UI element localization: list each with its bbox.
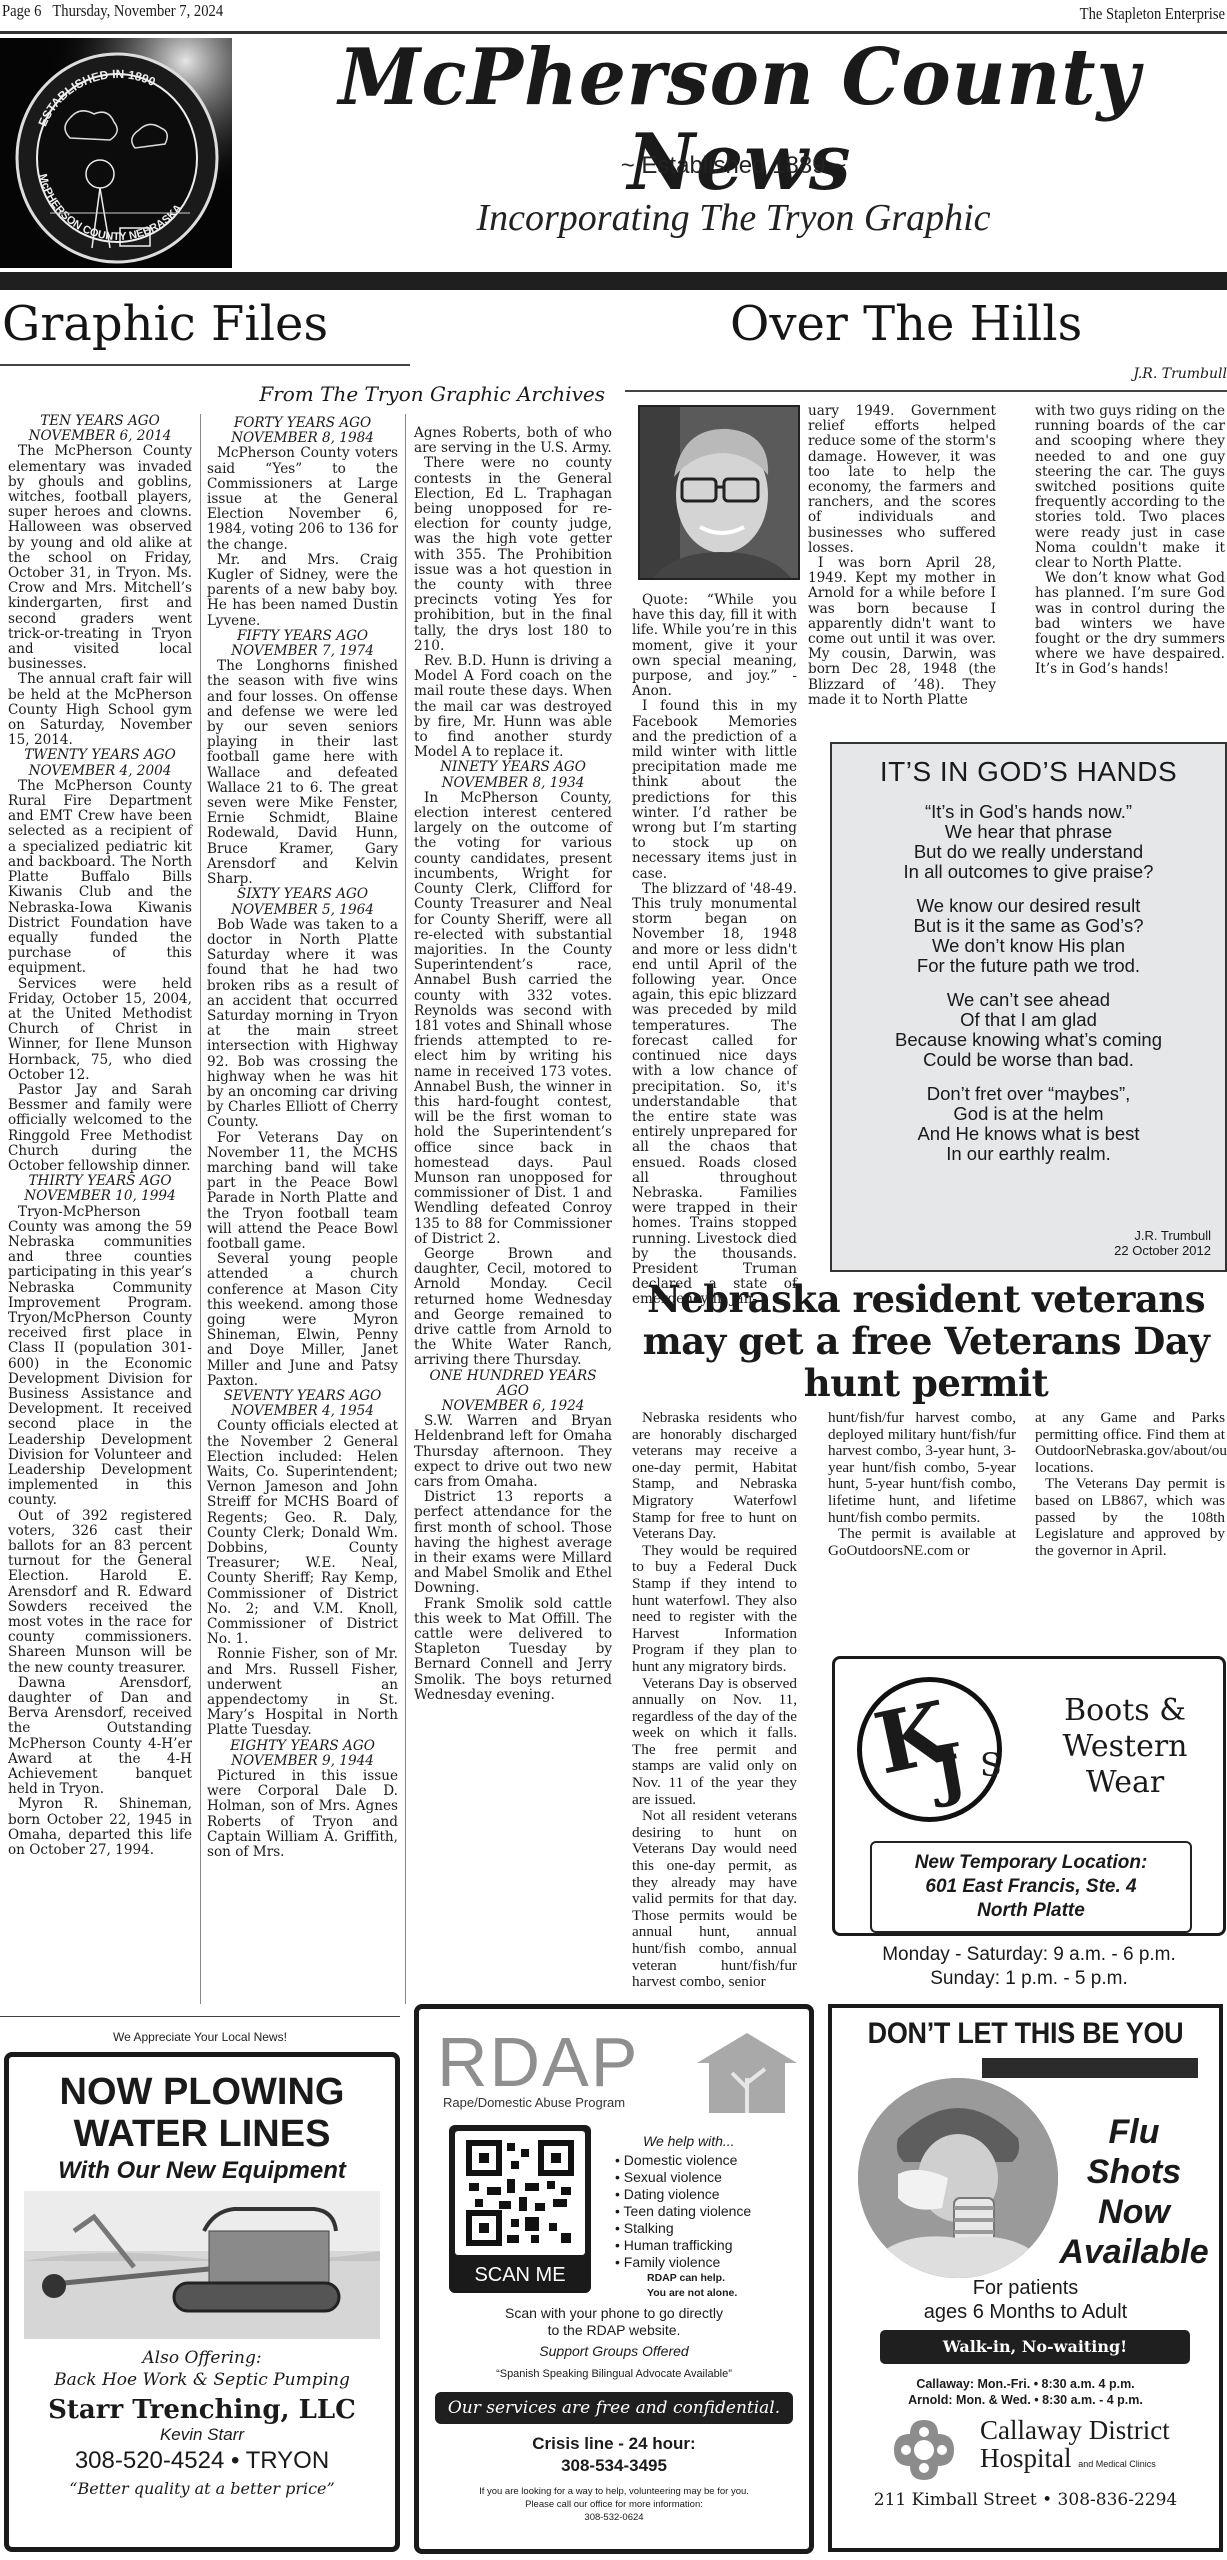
- hospital-logo-icon: [892, 2418, 956, 2482]
- graphic-files-col-2: FORTY YEARS AGONOVEMBER 8, 1984McPherson…: [207, 416, 398, 1860]
- poem-line: We don’t know His plan: [832, 936, 1225, 956]
- paragraph: Veterans Day is observed annually on Nov…: [632, 1676, 797, 1809]
- flu-headline: DON’T LET THIS BE YOU: [832, 2016, 1219, 2050]
- poem-signature: J.R. Trumbull 22 October 2012: [1114, 1228, 1211, 1258]
- over-the-hills-col-2: uary 1949. Government relief efforts hel…: [808, 404, 996, 708]
- name-line: Boots &: [1035, 1693, 1215, 1729]
- big-line: Flu: [1046, 2112, 1222, 2152]
- era-heading: NOVEMBER 4, 2004: [8, 764, 192, 779]
- paragraph: uary 1949. Government relief efforts hel…: [808, 404, 996, 556]
- poem-line: Of that I am glad: [832, 1010, 1225, 1030]
- paragraph: Agnes Roberts, both of who are serving i…: [414, 426, 612, 456]
- crisis-label: Crisis line - 24 hour:: [419, 2433, 809, 2455]
- poem-stanza: We can’t see aheadOf that I am gladBecau…: [832, 990, 1225, 1070]
- hours-line: Arnold: Mon. & Wed. • 8:30 a.m. - 4 p.m.: [832, 2392, 1219, 2408]
- poem-line: We know our desired result: [832, 896, 1225, 916]
- can-help-line: You are not alone.: [647, 2286, 737, 2301]
- masthead-bar: [0, 272, 1227, 290]
- county-seal-icon: ESTABLISHED IN 1890 McPHERSON COUNTY NEB…: [0, 38, 232, 268]
- era-heading: NOVEMBER 5, 1964: [207, 903, 398, 918]
- poem-line: We can’t see ahead: [832, 990, 1225, 1010]
- era-heading: ONE HUNDRED YEARS AGO: [414, 1369, 612, 1399]
- help-item: Stalking: [615, 2220, 751, 2237]
- paragraph: Not all resident veterans desiring to hu…: [632, 1808, 797, 1991]
- poem-stanza: Don’t fret over “maybes”,God is at the h…: [832, 1084, 1225, 1164]
- poem-line: In our earthly realm.: [832, 1144, 1225, 1164]
- folio-left: Page 6 Thursday, November 7, 2024: [2, 1, 223, 21]
- scan-line: Scan with your phone to go directly: [419, 2305, 809, 2322]
- help-item: Domestic violence: [615, 2152, 751, 2169]
- poem-line: In all outcomes to give praise?: [832, 862, 1225, 882]
- scan-instructions: Scan with your phone to go directly to t…: [419, 2305, 809, 2339]
- help-item: Dating violence: [615, 2186, 751, 2203]
- veterans-col-2: hunt/fish/fur harvest combo, deployed mi…: [828, 1410, 1016, 1559]
- paper-name: The Stapleton Enterprise: [1080, 4, 1225, 24]
- poem-stanza: We know our desired resultBut is it the …: [832, 896, 1225, 976]
- plow-headline: NOW PLOWING WATER LINES: [9, 2071, 395, 2155]
- archives-subtitle: From The Tryon Graphic Archives: [240, 382, 605, 406]
- big-line: Shots: [1046, 2152, 1222, 2192]
- paragraph: The Veterans Day permit is based on LB86…: [1035, 1476, 1225, 1559]
- help-item: Sexual violence: [615, 2169, 751, 2186]
- help-items: Domestic violence Sexual violence Dating…: [615, 2152, 751, 2271]
- paragraph: hunt/fish/fur harvest combo, deployed mi…: [828, 1410, 1016, 1526]
- paragraph: Mr. and Mrs. Craig Kugler of Sidney, wer…: [207, 553, 398, 629]
- help-title: We help with...: [643, 2133, 751, 2150]
- paragraph: McPherson County voters said “Yes” to th…: [207, 446, 398, 552]
- era-heading: NOVEMBER 6, 1924: [414, 1399, 612, 1414]
- established-line: ~ Established 1889 ~: [240, 152, 1227, 180]
- poem-line: Don’t fret over “maybes”,: [832, 1084, 1225, 1104]
- hours-line: Sunday: 1 p.m. - 5 p.m.: [835, 1967, 1223, 1991]
- column-divider: [405, 414, 406, 2004]
- era-heading: THIRTY YEARS AGO: [8, 1174, 192, 1189]
- name-line: Wear: [1035, 1765, 1215, 1801]
- graphic-files-col-3: Agnes Roberts, both of who are serving i…: [414, 426, 612, 1703]
- veterans-col-3: at any Game and Parks permitting office.…: [1035, 1410, 1225, 1559]
- help-item: Human trafficking: [615, 2237, 751, 2254]
- appreciate-note: We Appreciate Your Local News!: [0, 2030, 400, 2044]
- era-heading: TWENTY YEARS AGO: [8, 748, 192, 763]
- also-offering: Also Offering: Back Hoe Work & Septic Pu…: [9, 2347, 395, 2391]
- paragraph: at any Game and Parks permitting office.…: [1035, 1410, 1225, 1476]
- poem-box: IT’S IN GOD’S HANDS “It’s in God’s hands…: [830, 742, 1227, 1272]
- paragraph: Frank Smolik sold cattle this week to Ma…: [414, 1597, 612, 1703]
- kjs-store-name: Boots & Western Wear: [1035, 1693, 1215, 1801]
- paragraph: The McPherson County elementary was inva…: [8, 444, 192, 672]
- graphic-files-title: Graphic Files: [2, 300, 328, 348]
- scan-line: to the RDAP website.: [419, 2322, 809, 2339]
- headline-line: NOW PLOWING: [9, 2071, 395, 2113]
- poem-line: “It’s in God’s hands now.”: [832, 802, 1225, 822]
- crisis-line: Crisis line - 24 hour: 308-534-3495: [419, 2433, 809, 2477]
- era-heading: NOVEMBER 10, 1994: [8, 1189, 192, 1204]
- bulldozer-icon: [24, 2191, 380, 2339]
- headline-bar: [982, 2058, 1198, 2078]
- era-heading: TEN YEARS AGO: [8, 414, 192, 429]
- paragraph: Nebraska residents who are honorably dis…: [632, 1410, 797, 1543]
- masthead-title: McPherson County News: [252, 36, 1227, 207]
- paragraph: Ronnie Fisher, son of Mr. and Mrs. Russe…: [207, 1647, 398, 1738]
- rdap-can-help: RDAP can help. You are not alone.: [647, 2271, 737, 2301]
- flu-shots-available: Flu Shots Now Available: [1046, 2112, 1222, 2272]
- qr-code-icon: [455, 2131, 585, 2255]
- poem-line: We hear that phrase: [832, 822, 1225, 842]
- kjs-location-box: New Temporary Location: 601 East Francis…: [870, 1841, 1192, 1933]
- page-number: Page 6: [2, 1, 41, 20]
- issue-date: Thursday, November 7, 2024: [52, 1, 223, 20]
- paragraph: In McPherson County, election interest c…: [414, 791, 612, 1247]
- paragraph: Pastor Jay and Sarah Bessmer and family …: [8, 1083, 192, 1174]
- patients-line: For patients: [832, 2276, 1219, 2300]
- poem-stanza: “It’s in God’s hands now.”We hear that p…: [832, 802, 1225, 882]
- kjs-logo-icon: K J S: [857, 1677, 1002, 1822]
- logo-letter-j: J: [927, 1728, 971, 1810]
- starr-trenching-ad[interactable]: NOW PLOWING WATER LINES With Our New Equ…: [4, 2052, 400, 2552]
- rdap-ad[interactable]: RDAP Rape/Domestic Abuse Program: [414, 2004, 814, 2554]
- paragraph: Rev. B.D. Hunn is driving a Model A Ford…: [414, 654, 612, 760]
- volunteer-line: If you are looking for a way to help, vo…: [419, 2485, 809, 2498]
- help-item: Family violence: [615, 2254, 751, 2271]
- kjs-boots-ad[interactable]: K J S Boots & Western Wear New Temporary…: [832, 1656, 1226, 1936]
- incorporating-line: Incorporating The Tryon Graphic: [240, 196, 1227, 240]
- poem-line: And He knows what is best: [832, 1124, 1225, 1144]
- clinic-hours: Callaway: Mon.-Fri. • 8:30 a.m. 4 p.m. A…: [832, 2376, 1219, 2408]
- contact-person: Kevin Starr: [9, 2425, 395, 2445]
- location-line: New Temporary Location:: [872, 1851, 1190, 1875]
- also-line: Back Hoe Work & Septic Pumping: [9, 2369, 395, 2391]
- house-tree-icon: [697, 2033, 797, 2113]
- over-the-hills-col-3: with two guys riding on the running boar…: [1035, 404, 1225, 678]
- hospital-line: Hospital: [980, 2443, 1072, 2473]
- paragraph: S.W. Warren and Bryan Heldenbrand left f…: [414, 1414, 612, 1490]
- era-heading: EIGHTY YEARS AGO: [207, 1739, 398, 1754]
- walk-in-banner: Walk-in, No-waiting!: [880, 2330, 1190, 2364]
- hospital-name: Callaway District Hospital and Medical C…: [980, 2416, 1170, 2478]
- paragraph: with two guys riding on the running boar…: [1035, 404, 1225, 571]
- era-heading: SEVENTY YEARS AGO: [207, 1389, 398, 1404]
- era-heading: FIFTY YEARS AGO: [207, 629, 398, 644]
- company-name: Starr Trenching, LLC: [9, 2395, 395, 2425]
- volunteer-info: If you are looking for a way to help, vo…: [419, 2485, 809, 2524]
- patient-ages: For patients ages 6 Months to Adult: [832, 2276, 1219, 2324]
- folio-line: Page 6 Thursday, November 7, 2024 The St…: [0, 0, 1227, 28]
- poem-line: God is at the helm: [832, 1104, 1225, 1124]
- plow-subheadline: With Our New Equipment: [9, 2157, 395, 2185]
- slogan: “Better quality at a better price”: [9, 2479, 395, 2498]
- paragraph: We don’t know what God has planned. I’m …: [1035, 571, 1225, 677]
- poem-author: J.R. Trumbull: [1114, 1228, 1211, 1243]
- rdap-help-list: We help with... Domestic violence Sexual…: [615, 2133, 751, 2271]
- logo-letter-s: S: [980, 1746, 1002, 1784]
- support-groups: Support Groups Offered: [419, 2343, 809, 2359]
- paragraph: Bob Wade was taken to a doctor in North …: [207, 918, 398, 1131]
- graphic-files-col-1: TEN YEARS AGONOVEMBER 6, 2014The McPhers…: [8, 414, 192, 1858]
- column-divider: [200, 414, 201, 2004]
- patients-line: ages 6 Months to Adult: [832, 2300, 1219, 2324]
- era-heading: NOVEMBER 8, 1984: [207, 431, 398, 446]
- headline-line: WATER LINES: [9, 2113, 395, 2155]
- paragraph: The McPherson County Rural Fire Departme…: [8, 779, 192, 977]
- paragraph: I found this in my Facebook Memories and…: [632, 699, 797, 881]
- paragraph: The annual craft fair will be held at th…: [8, 672, 192, 748]
- poem-line: But do we really understand: [832, 842, 1225, 862]
- paragraph: Several young people attended a church c…: [207, 1252, 398, 1389]
- paragraph: The permit is available at GoOutdoorsNE.…: [828, 1526, 1016, 1559]
- sick-woman-icon: [858, 2078, 1058, 2278]
- paragraph: The Longhorns finished the season with f…: [207, 659, 398, 887]
- volunteer-line: Please call our office for more informat…: [419, 2498, 809, 2511]
- era-heading: NOVEMBER 8, 1934: [414, 776, 612, 791]
- sick-woman-photo: [858, 2078, 1058, 2278]
- office-phone[interactable]: 308-532-0624: [419, 2511, 809, 2524]
- veterans-col-1: Nebraska residents who are honorably dis…: [632, 1410, 797, 1991]
- byline: J.R. Trumbull: [1100, 366, 1227, 382]
- paragraph: Quote: “While you have this day, fill it…: [632, 593, 797, 699]
- scan-me-label: SCAN ME: [449, 2264, 591, 2287]
- author-photo: [638, 405, 800, 580]
- ad-divider-rule: [0, 2016, 400, 2017]
- veterans-headline: Nebraska resident veterans may get a fre…: [625, 1278, 1227, 1404]
- poem-line: Because knowing what’s coming: [832, 1030, 1225, 1050]
- paragraph: Myron R. Shineman, born October 22, 1945…: [8, 1797, 192, 1858]
- trencher-photo: [24, 2191, 380, 2339]
- location-line: 601 East Francis, Ste. 4: [872, 1875, 1190, 1899]
- crisis-phone[interactable]: 308-534-3495: [419, 2455, 809, 2477]
- era-heading: FORTY YEARS AGO: [207, 416, 398, 431]
- big-line: Now: [1046, 2192, 1222, 2232]
- over-the-hills-col-1: Quote: “While you have this day, fill it…: [632, 593, 797, 1308]
- era-heading: NOVEMBER 6, 2014: [8, 429, 192, 444]
- hours-line: Monday - Saturday: 9 a.m. - 6 p.m.: [835, 1943, 1223, 1967]
- hospital-line: Callaway District: [980, 2416, 1170, 2444]
- big-line: Available: [1046, 2232, 1222, 2272]
- rdap-logo-subtitle: Rape/Domestic Abuse Program: [443, 2095, 625, 2110]
- era-heading: NINETY YEARS AGO: [414, 760, 612, 775]
- era-heading: SIXTY YEARS AGO: [207, 887, 398, 902]
- era-heading: NOVEMBER 9, 1944: [207, 1754, 398, 1769]
- flu-shot-ad[interactable]: DON’T LET THIS BE YOU Flu Shots Now Avai…: [828, 2004, 1223, 2552]
- paragraph: They would be required to buy a Federal …: [632, 1543, 797, 1676]
- paragraph: I was born April 28, 1949. Kept my mothe…: [808, 556, 996, 708]
- paragraph: Out of 392 registered voters, 326 cast t…: [8, 1509, 192, 1676]
- rdap-logo: RDAP: [437, 2027, 639, 2097]
- hospital-tagline: and Medical Clinics: [1078, 2459, 1156, 2469]
- author-portrait-icon: [640, 407, 800, 580]
- paragraph: Tryon-McPherson County was among the 59 …: [8, 1205, 192, 1509]
- location-line: North Platte: [872, 1899, 1190, 1923]
- poem-line: For the future path we trod.: [832, 956, 1225, 976]
- era-heading: NOVEMBER 7, 1974: [207, 644, 398, 659]
- hours-line: Callaway: Mon.-Fri. • 8:30 a.m. 4 p.m.: [832, 2376, 1219, 2392]
- paragraph: District 13 reports a perfect attendance…: [414, 1490, 612, 1596]
- graphic-files-rule: [0, 364, 410, 366]
- over-the-hills-title: Over The Hills: [730, 300, 1082, 348]
- paragraph: Pictured in this issue were Corporal Dal…: [207, 1769, 398, 1860]
- paragraph: County officials elected at the November…: [207, 1419, 398, 1647]
- contact-phone[interactable]: 308-520-4524 • TRYON: [9, 2447, 395, 2475]
- over-the-hills-rule: [625, 390, 1227, 392]
- poem-line: Could be worse than bad.: [832, 1050, 1225, 1070]
- also-line: Also Offering:: [9, 2347, 395, 2369]
- kjs-hours: Monday - Saturday: 9 a.m. - 6 p.m. Sunda…: [835, 1943, 1223, 1991]
- paragraph: For Veterans Day on November 11, the MCH…: [207, 1131, 398, 1253]
- poem-line: But is it the same as God’s?: [832, 916, 1225, 936]
- paragraph: Dawna Arensdorf, daughter of Dan and Ber…: [8, 1676, 192, 1798]
- can-help-line: RDAP can help.: [647, 2271, 737, 2286]
- paragraph: There were no county contests in the Gen…: [414, 456, 612, 654]
- help-item: Teen dating violence: [615, 2203, 751, 2220]
- qr-pattern: [455, 2131, 585, 2255]
- poem-date: 22 October 2012: [1114, 1243, 1211, 1258]
- qr-code[interactable]: SCAN ME: [449, 2125, 591, 2293]
- poem-title: IT’S IN GOD’S HANDS: [832, 756, 1225, 788]
- county-seal-image: ESTABLISHED IN 1890 McPHERSON COUNTY NEB…: [0, 38, 232, 268]
- name-line: Western: [1035, 1729, 1215, 1765]
- free-confidential-banner: Our services are free and confidential.: [435, 2392, 793, 2424]
- hospital-address[interactable]: 211 Kimball Street • 308-836-2294: [832, 2490, 1219, 2510]
- spanish-advocate: “Spanish Speaking Bilingual Advocate Ava…: [419, 2368, 809, 2380]
- paragraph: George Brown and daughter, Cecil, motore…: [414, 1247, 612, 1369]
- paragraph: The blizzard of '48-49. This truly monum…: [632, 882, 797, 1308]
- paragraph: Services were held Friday, October 15, 2…: [8, 977, 192, 1083]
- era-heading: NOVEMBER 4, 1954: [207, 1404, 398, 1419]
